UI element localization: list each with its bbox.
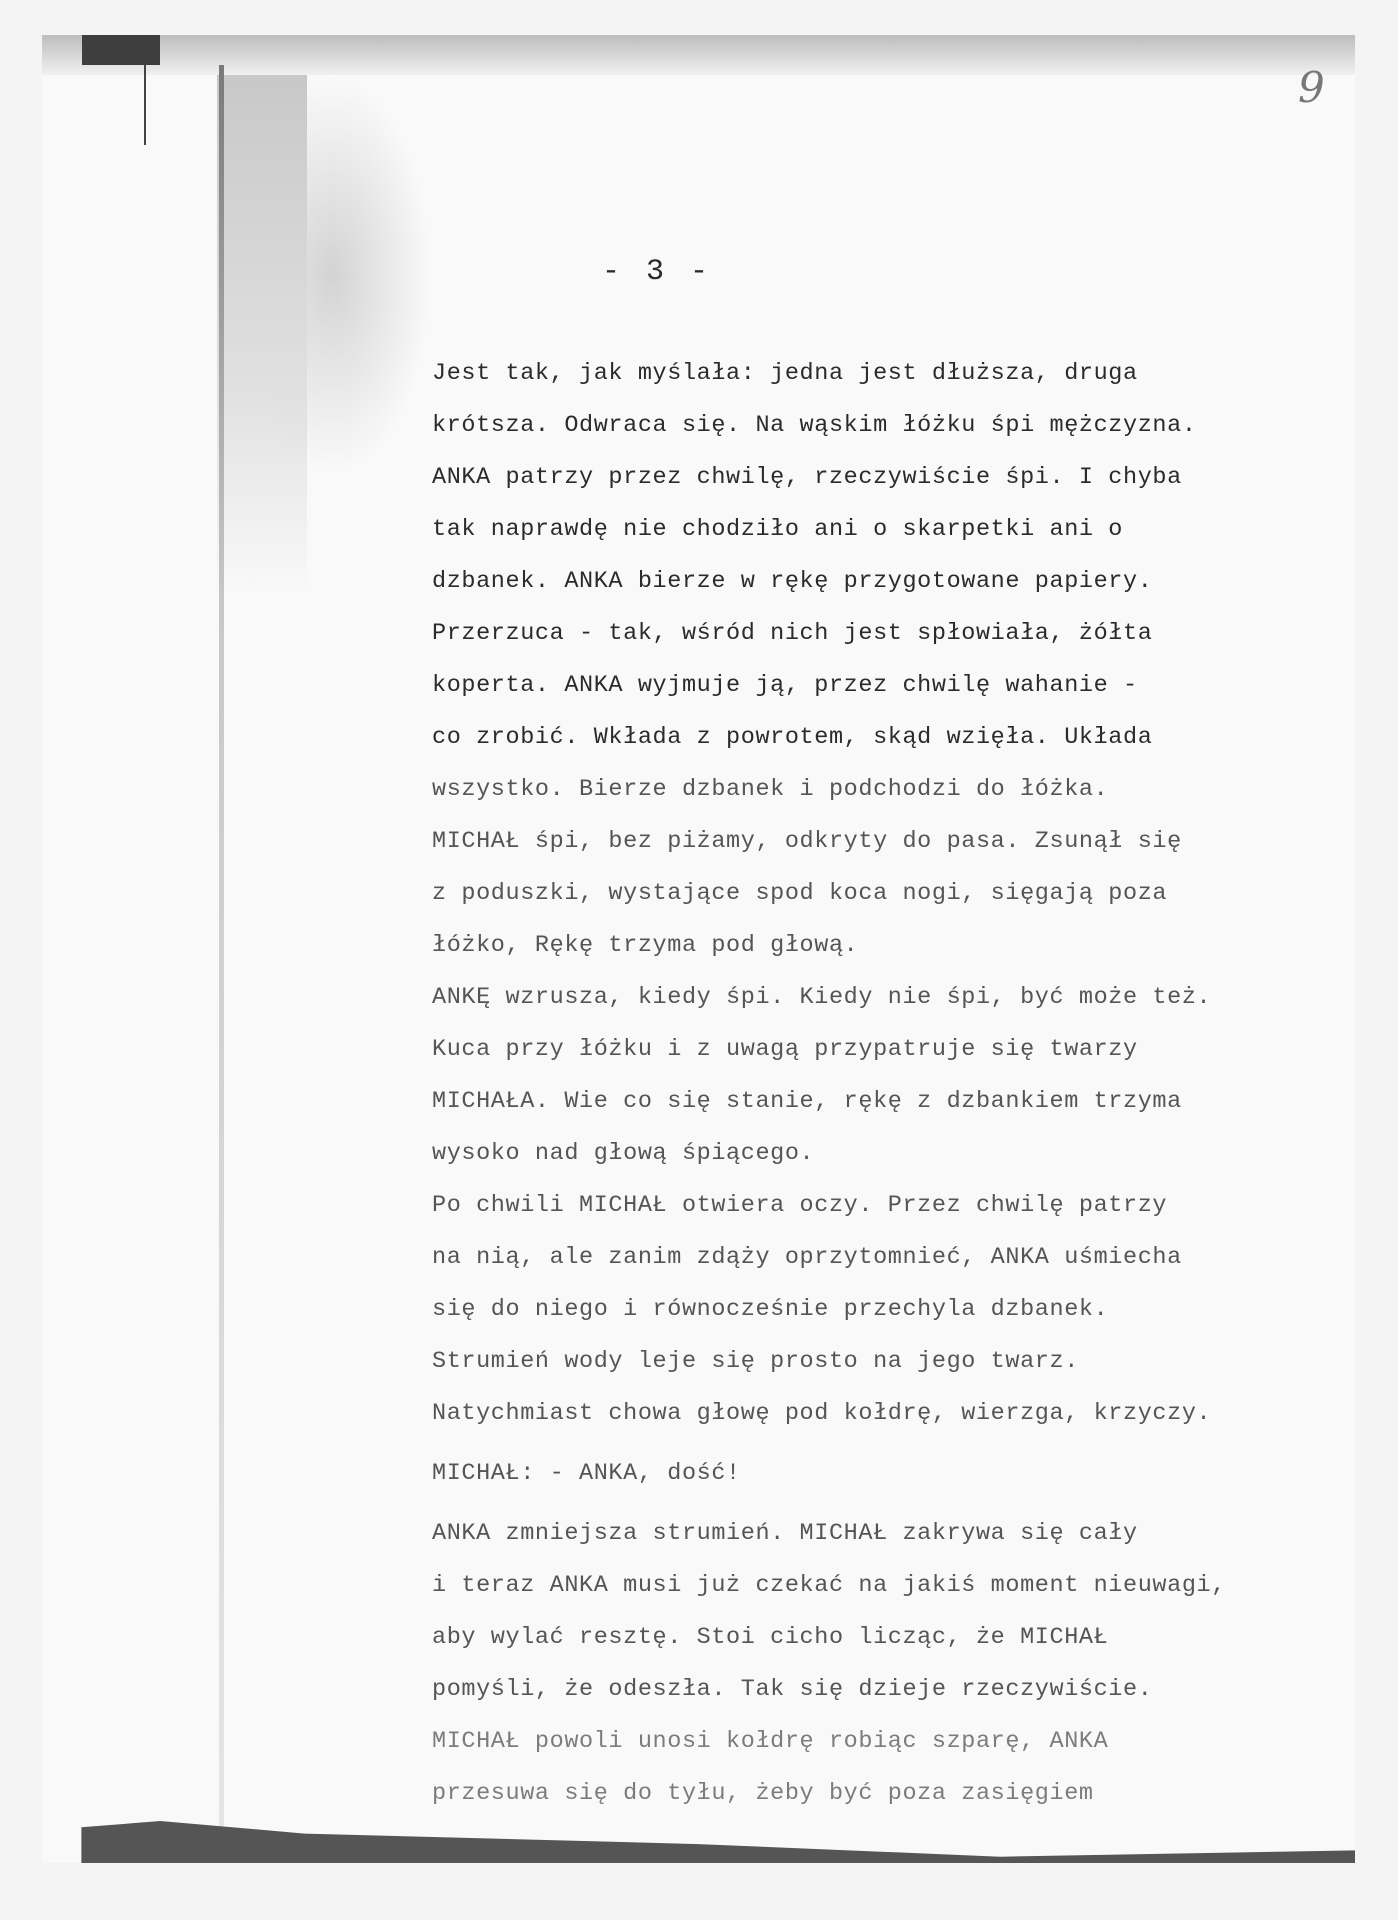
- text-line: na nią, ale zanim zdąży oprzytomnieć, AN…: [432, 1232, 1352, 1284]
- typescript-body: Jest tak, jak myślała: jedna jest dłuższ…: [432, 348, 1352, 1820]
- text-line: wysoko nad głową śpiącego.: [432, 1128, 1352, 1180]
- text-line: ANKA patrzy przez chwilę, rzeczywiście ś…: [432, 452, 1352, 504]
- text-line: wszystko. Bierze dzbanek i podchodzi do …: [432, 764, 1352, 816]
- text-line: z poduszki, wystające spod koca nogi, si…: [432, 868, 1352, 920]
- text-line: ANKĘ wzrusza, kiedy śpi. Kiedy nie śpi, …: [432, 972, 1352, 1024]
- handwritten-page-number: 9: [1298, 63, 1325, 112]
- typed-page-number: - 3 -: [602, 255, 712, 289]
- text-line: przesuwa się do tyłu, żeby być poza zasi…: [432, 1768, 1352, 1820]
- text-line: MICHAŁ śpi, bez piżamy, odkryty do pasa.…: [432, 816, 1352, 868]
- document-page: 9 - 3 - Jest tak, jak myślała: jedna jes…: [42, 35, 1355, 1863]
- scan-shadow-bottom: [42, 1821, 1355, 1863]
- text-line: pomyśli, że odeszła. Tak się dzieje rzec…: [432, 1664, 1352, 1716]
- text-line: koperta. ANKA wyjmuje ją, przez chwilę w…: [432, 660, 1352, 712]
- text-line: co zrobić. Wkłada z powrotem, skąd wzięł…: [432, 712, 1352, 764]
- margin-mark: [144, 65, 146, 145]
- text-line: Strumień wody leje się prosto na jego tw…: [432, 1336, 1352, 1388]
- text-line: tak naprawdę nie chodziło ani o skarpetk…: [432, 504, 1352, 556]
- text-line: aby wylać resztę. Stoi cicho licząc, że …: [432, 1612, 1352, 1664]
- text-line: Przerzuca - tak, wśród nich jest spłowia…: [432, 608, 1352, 660]
- text-line: Jest tak, jak myślała: jedna jest dłuższ…: [432, 348, 1352, 400]
- text-line: MICHAŁA. Wie co się stanie, rękę z dzban…: [432, 1076, 1352, 1128]
- text-line: krótsza. Odwraca się. Na wąskim łóżku śp…: [432, 400, 1352, 452]
- scan-shadow-top: [42, 35, 1355, 75]
- text-line: ANKA zmniejsza strumień. MICHAŁ zakrywa …: [432, 1508, 1352, 1560]
- text-line: dzbanek. ANKA bierze w rękę przygotowane…: [432, 556, 1352, 608]
- text-line: Po chwili MICHAŁ otwiera oczy. Przez chw…: [432, 1180, 1352, 1232]
- scan-shadow-left: [217, 75, 307, 595]
- text-line: Kuca przy łóżku i z uwagą przypatruje si…: [432, 1024, 1352, 1076]
- text-line: i teraz ANKA musi już czekać na jakiś mo…: [432, 1560, 1352, 1612]
- text-line: się do niego i równocześnie przechyla dz…: [432, 1284, 1352, 1336]
- scan-dark-corner: [82, 35, 160, 65]
- text-line: łóżko, Rękę trzyma pod głową.: [432, 920, 1352, 972]
- page-edge-line: [219, 65, 224, 1863]
- text-line: MICHAŁ powoli unosi kołdrę robiąc szparę…: [432, 1716, 1352, 1768]
- text-line: Natychmiast chowa głowę pod kołdrę, wier…: [432, 1388, 1352, 1440]
- dialogue-line: MICHAŁ: - ANKA, dość!: [432, 1448, 1352, 1500]
